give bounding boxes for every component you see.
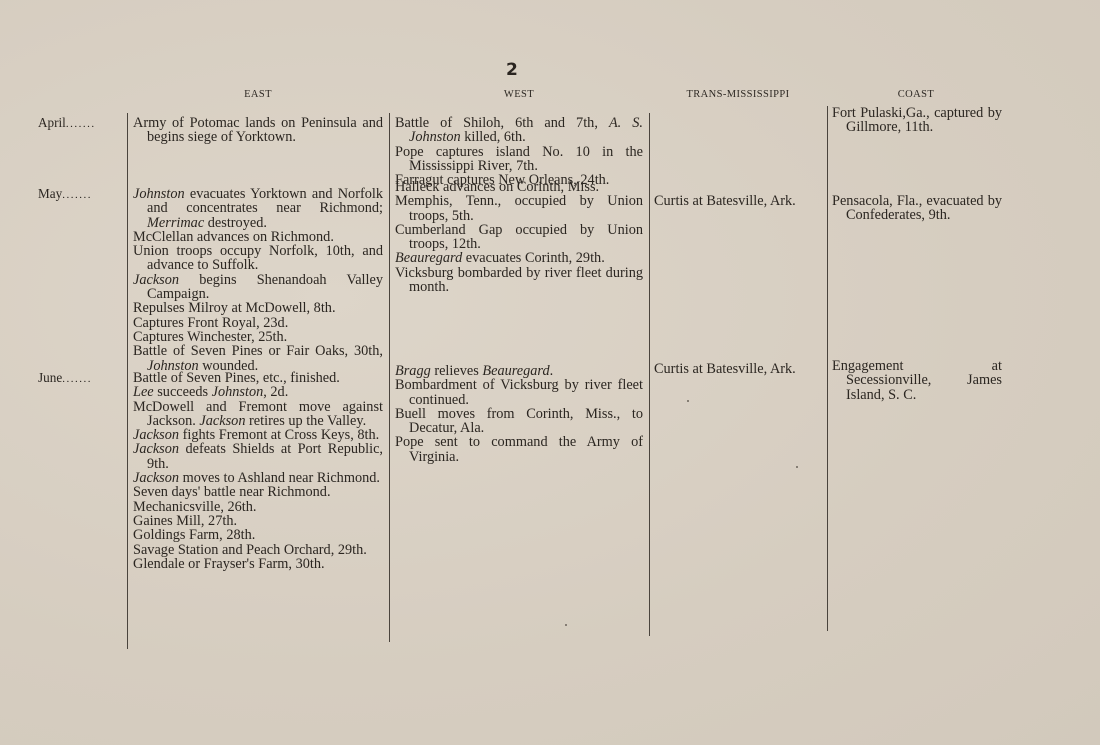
- coast-june-entries: Engagement at Secessionville, James Isla…: [832, 359, 1002, 402]
- coast-may-entries: Pensacola, Fla., evacuated by Confederat…: [832, 194, 1002, 223]
- column-rule-trans: [649, 113, 650, 636]
- column-header-trans-mississippi: TRANS-MISSISSIPPI: [649, 89, 827, 100]
- timeline-entry: Cumberland Gap occupied by Union troops,…: [395, 223, 643, 252]
- timeline-entry: McDowell and Fremont move against Jackso…: [133, 400, 383, 429]
- timeline-entry: Bragg relieves Beauregard.: [395, 364, 643, 378]
- timeline-entry: McClellan advances on Richmond.: [133, 230, 383, 244]
- trans-may-entries: Curtis at Batesville, Ark.: [654, 194, 826, 208]
- column-header-east: EAST: [127, 89, 389, 100]
- timeline-entry: Captures Winchester, 25th.: [133, 330, 383, 344]
- column-header-west: WEST: [389, 89, 649, 100]
- east-may-entries: Johnston evacuates Yorktown and Norfolk …: [133, 187, 383, 373]
- paper-speck: [796, 466, 798, 468]
- timeline-entry: Jackson begins Shenandoah Valley Campaig…: [133, 273, 383, 302]
- trans-june-entries: Curtis at Batesville, Ark.: [654, 362, 826, 376]
- timeline-entry: Vicksburg bombarded by river fleet durin…: [395, 266, 643, 295]
- paper-speck: [565, 624, 567, 626]
- month-label-may: May.......: [38, 187, 92, 202]
- timeline-entry: Engagement at Secessionville, James Isla…: [832, 359, 1002, 402]
- timeline-entry: Gaines Mill, 27th.: [133, 514, 383, 528]
- timeline-entry: Beauregard evacuates Corinth, 29th.: [395, 251, 643, 265]
- timeline-entry: Lee succeeds Johnston, 2d.: [133, 385, 383, 399]
- month-label-june: June.......: [38, 371, 92, 386]
- column-header-coast: COAST: [827, 89, 1005, 100]
- timeline-entry: Battle of Shiloh, 6th and 7th, A. S. Joh…: [395, 116, 643, 145]
- timeline-entry: Captures Front Royal, 23d.: [133, 316, 383, 330]
- timeline-entry: Seven days' battle near Richmond.: [133, 485, 383, 499]
- timeline-entry: Pope captures island No. 10 in the Missi…: [395, 145, 643, 174]
- west-april-entries: Battle of Shiloh, 6th and 7th, A. S. Joh…: [395, 116, 643, 187]
- timeline-entry: Memphis, Tenn., occupied by Union troops…: [395, 194, 643, 223]
- column-rule-east: [127, 113, 128, 649]
- paper-speck: [687, 400, 689, 402]
- timeline-entry: Jackson defeats Shields at Port Republic…: [133, 442, 383, 471]
- timeline-entry: Goldings Farm, 28th.: [133, 528, 383, 542]
- timeline-entry: Glendale or Frayser's Farm, 30th.: [133, 557, 383, 571]
- timeline-entry: Bombardment of Vicksburg by river fleet …: [395, 378, 643, 407]
- column-rule-west: [389, 113, 390, 642]
- timeline-entry: Curtis at Batesville, Ark.: [654, 194, 826, 208]
- timeline-entry: Battle of Seven Pines or Fair Oaks, 30th…: [133, 344, 383, 373]
- timeline-entry: Halleck advances on Corinth, Miss.: [395, 180, 643, 194]
- east-april-entries: Army of Potomac lands on Peninsula and b…: [133, 116, 383, 145]
- timeline-entry: Fort Pulaski,Ga., captured by Gillmore, …: [832, 106, 1002, 135]
- timeline-entry: Battle of Seven Pines, etc., finished.: [133, 371, 383, 385]
- page-number: 2: [506, 60, 518, 80]
- west-june-entries: Bragg relieves Beauregard.Bombardment of…: [395, 364, 643, 464]
- timeline-entry: Pensacola, Fla., evacuated by Confederat…: [832, 194, 1002, 223]
- east-june-entries: Battle of Seven Pines, etc., finished.Le…: [133, 371, 383, 571]
- timeline-entry: Pope sent to command the Army of Virgini…: [395, 435, 643, 464]
- timeline-entry: Jackson moves to Ashland near Richmond.: [133, 471, 383, 485]
- timeline-entry: Curtis at Batesville, Ark.: [654, 362, 826, 376]
- month-label-april: April.......: [38, 116, 96, 131]
- timeline-entry: Savage Station and Peach Orchard, 29th.: [133, 543, 383, 557]
- timeline-entry: Repulses Milroy at McDowell, 8th.: [133, 301, 383, 315]
- column-rule-coast: [827, 106, 828, 631]
- timeline-entry: Mechanicsville, 26th.: [133, 500, 383, 514]
- timeline-entry: Union troops occupy Norfolk, 10th, and a…: [133, 244, 383, 273]
- coast-april-entries: Fort Pulaski,Ga., captured by Gillmore, …: [832, 106, 1002, 135]
- timeline-entry: Army of Potomac lands on Peninsula and b…: [133, 116, 383, 145]
- west-may-entries: Halleck advances on Corinth, Miss.Memphi…: [395, 180, 643, 294]
- timeline-entry: Buell moves from Corinth, Miss., to Deca…: [395, 407, 643, 436]
- timeline-entry: Jackson fights Fremont at Cross Keys, 8t…: [133, 428, 383, 442]
- timeline-entry: Johnston evacuates Yorktown and Norfolk …: [133, 187, 383, 230]
